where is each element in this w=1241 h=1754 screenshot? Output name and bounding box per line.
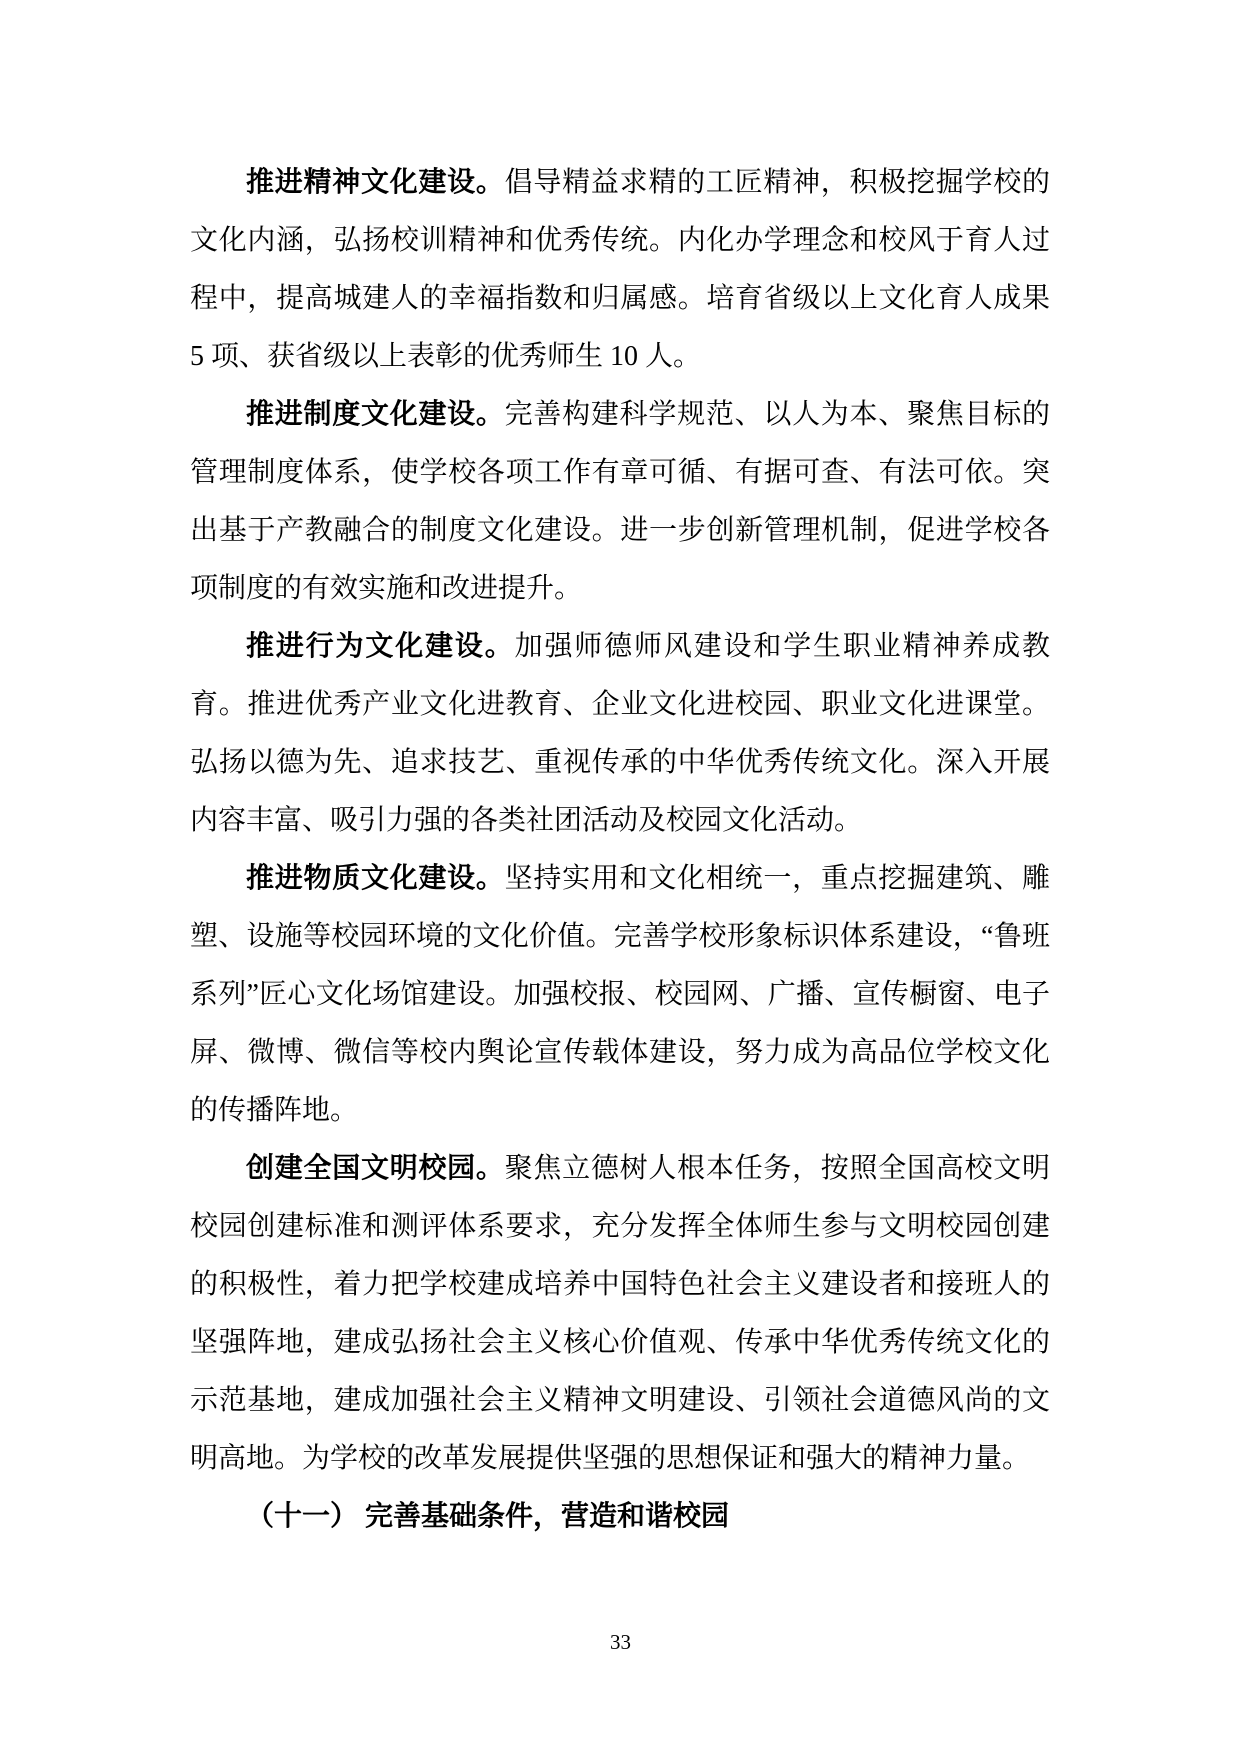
paragraph-lead: 推进行为文化建设。 [246, 631, 515, 662]
paragraph-text: 聚焦立德树人根本任务，按照全国高校文明校园创建标准和测评体系要求，充分发挥全体师… [190, 1153, 1050, 1474]
page-number: 33 [0, 1628, 1241, 1656]
paragraph: 推进行为文化建设。加强师德师风建设和学生职业精神养成教育。推进优秀产业文化进教育… [190, 618, 1050, 850]
section-heading: （十一） 完善基础条件，营造和谐校园 [190, 1488, 1050, 1546]
paragraph-lead: 推进物质文化建设。 [246, 863, 505, 894]
document-body: 推进精神文化建设。倡导精益求精的工匠精神，积极挖掘学校的文化内涵，弘扬校训精神和… [190, 154, 1050, 1546]
paragraph-lead: 创建全国文明校园。 [246, 1153, 505, 1184]
paragraph: 推进精神文化建设。倡导精益求精的工匠精神，积极挖掘学校的文化内涵，弘扬校训精神和… [190, 154, 1050, 386]
paragraph-text: （十一） 完善基础条件，营造和谐校园 [246, 1501, 729, 1532]
paragraph-text: 坚持实用和文化相统一，重点挖掘建筑、雕塑、设施等校园环境的文化价值。完善学校形象… [190, 863, 1050, 1126]
paragraph-lead: 推进精神文化建设。 [246, 167, 505, 198]
paragraph: 推进物质文化建设。坚持实用和文化相统一，重点挖掘建筑、雕塑、设施等校园环境的文化… [190, 850, 1050, 1140]
paragraph: 推进制度文化建设。完善构建科学规范、以人为本、聚焦目标的管理制度体系，使学校各项… [190, 386, 1050, 618]
paragraph: 创建全国文明校园。聚焦立德树人根本任务，按照全国高校文明校园创建标准和测评体系要… [190, 1140, 1050, 1488]
paragraph-lead: 推进制度文化建设。 [246, 399, 505, 430]
document-page: 推进精神文化建设。倡导精益求精的工匠精神，积极挖掘学校的文化内涵，弘扬校训精神和… [0, 0, 1241, 1754]
